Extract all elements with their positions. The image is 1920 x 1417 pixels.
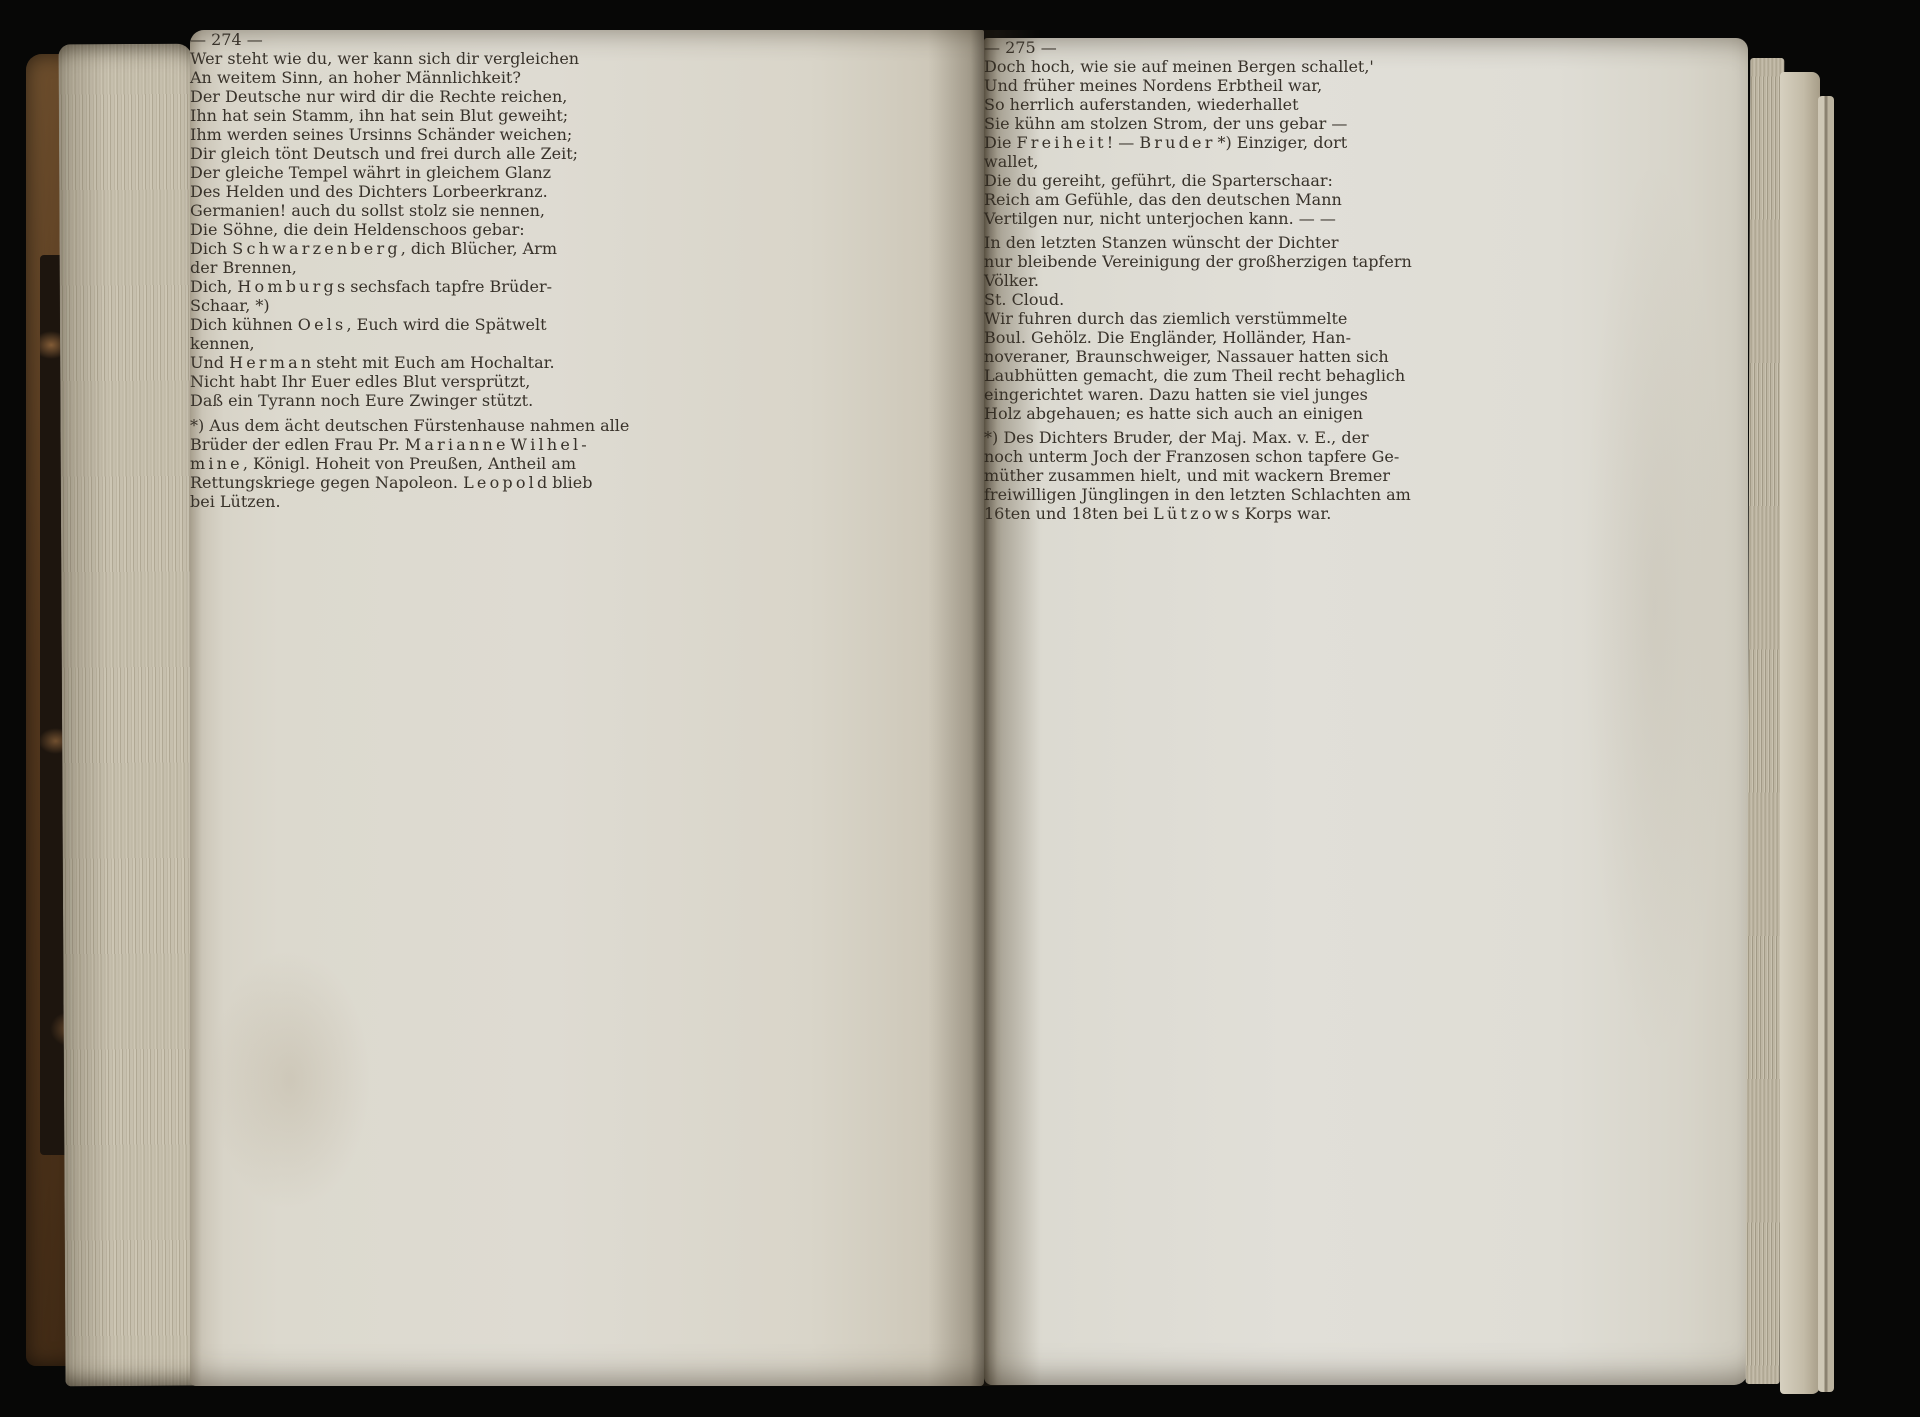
poem-line: Ihm werden seines Ursinns Schänder weich… — [190, 125, 984, 144]
poem-line: Ihn hat sein Stamm, ihn hat sein Blut ge… — [190, 106, 984, 125]
poem-line: Doch hoch, wie sie auf meinen Bergen sch… — [984, 57, 1748, 76]
bleedthrough-ghost — [420, 230, 850, 540]
poem-line: Die F r e i h e i t ! — B r u d e r *) E… — [984, 133, 1748, 152]
paper-stain — [210, 950, 370, 1210]
header-dash-icon: — — [190, 30, 206, 49]
header-dash-icon: — — [1041, 38, 1057, 57]
page-header: — 275 — — [984, 38, 1748, 57]
poem-line: Des Helden und des Dichters Lorbeerkranz… — [190, 182, 984, 201]
page-edges-left — [58, 44, 199, 1387]
book-cover-leather-right — [1832, 128, 1896, 480]
poem-line: Germanien! auch du sollst stolz sie nenn… — [190, 201, 984, 220]
header-dash-icon: — — [247, 30, 263, 49]
poem-line: Der gleiche Tempel währt in gleichem Gla… — [190, 163, 984, 182]
page-edges-right — [1746, 58, 1785, 1384]
poem-line: So herrlich auferstanden, wiederhallet — [984, 95, 1748, 114]
page-275: — 275 — Doch hoch, wie sie auf meinen Be… — [984, 38, 1748, 1385]
photo-background: — 274 — Wer steht wie du, wer kann sich … — [0, 0, 1920, 1417]
poem-line: Und früher meines Nordens Erbtheil war, — [984, 76, 1748, 95]
bleedthrough-ghost — [305, 550, 825, 1030]
header-dash-icon: — — [984, 38, 1000, 57]
under-page-edge-right — [1780, 72, 1820, 1394]
poem-line: Sie kühn am stolzen Strom, der uns gebar… — [984, 114, 1748, 133]
page-number: 275 — [1005, 38, 1036, 57]
bleedthrough-ghost — [1074, 818, 1544, 1098]
page-header: — 274 — — [190, 30, 984, 49]
page-number: 274 — [211, 30, 242, 49]
poem-line: Der Deutsche nur wird dir die Rechte rei… — [190, 87, 984, 106]
poem-line: Dir gleich tönt Deutsch und frei durch a… — [190, 144, 984, 163]
poem-line: Wer steht wie du, wer kann sich dir verg… — [190, 49, 984, 68]
page-274: — 274 — Wer steht wie du, wer kann sich … — [190, 30, 984, 1386]
paper-stain — [1584, 158, 1724, 1058]
bleedthrough-ghost — [1354, 248, 1544, 578]
bleedthrough-ghost — [1079, 598, 1539, 758]
poem-line: An weitem Sinn, an hoher Männlichkeit? — [190, 68, 984, 87]
